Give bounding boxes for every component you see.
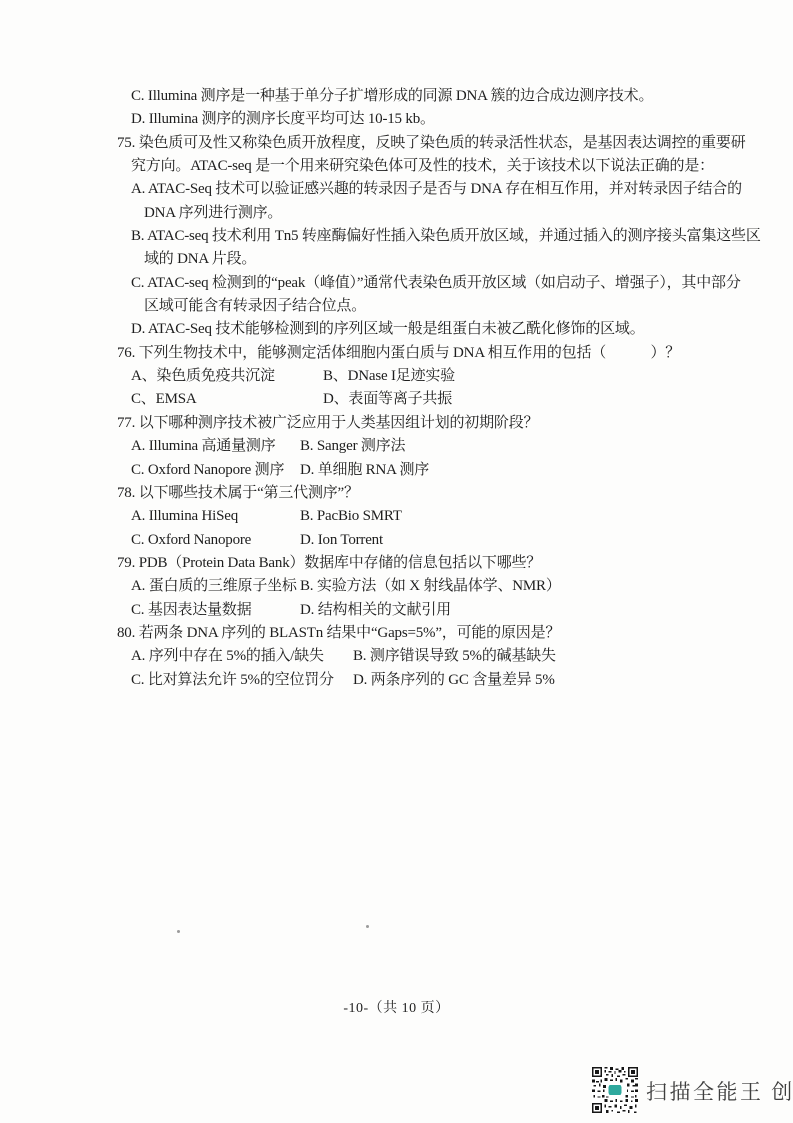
scanner-credit-text: 扫描全能王 创建 — [646, 1076, 793, 1106]
question-79-option-a: A. 蛋白质的三维原子坐标 — [131, 575, 300, 598]
question-76-stem: 76. 下列生物技术中，能够测定活体细胞内蛋白质与 DNA 相互作用的包括（ ）… — [117, 342, 723, 365]
question-79-stem: 79. PDB（Protein Data Bank）数据库中存储的信息包括以下哪… — [117, 552, 723, 575]
question-77-option-d: D. 单细胞 RNA 测序 — [300, 459, 429, 482]
question-77-options-row-2: C. Oxford Nanopore 测序 D. 单细胞 RNA 测序 — [117, 459, 723, 482]
question-78-option-b: B. PacBio SMRT — [300, 505, 402, 528]
question-80-option-b: B. 测序错误导致 5%的碱基缺失 — [353, 645, 556, 668]
question-75-stem-line-2: 究方向。ATAC-seq 是一个用来研究染色体可及性的技术，关于该技术以下说法正… — [117, 155, 723, 178]
prev-question-option-d: D. Illumina 测序的测序长度平均可达 10-15 kb。 — [117, 108, 723, 131]
question-77-stem: 77. 以下哪种测序技术被广泛应用于人类基因组计划的初期阶段？ — [117, 412, 723, 435]
page-number-footer: -10-（共 10 页） — [0, 997, 793, 1017]
question-76-options-row-1: A、染色质免疫共沉淀 B、DNase I足迹实验 — [117, 365, 723, 388]
question-80-options-row-2: C. 比对算法允许 5%的空位罚分 D. 两条序列的 GC 含量差异 5% — [117, 669, 723, 692]
question-80-options-row-1: A. 序列中存在 5%的插入/缺失 B. 测序错误导致 5%的碱基缺失 — [117, 645, 723, 668]
question-76-option-c: C、EMSA — [131, 388, 323, 411]
question-79-option-c: C. 基因表达量数据 — [131, 599, 300, 622]
scanned-exam-page: C. Illumina 测序是一种基于单分子扩增形成的同源 DNA 簇的边合成边… — [0, 0, 793, 1123]
question-75-option-a-line-1: A. ATAC-Seq 技术可以验证感兴趣的转录因子是否与 DNA 存在相互作用… — [117, 178, 723, 201]
question-75-option-b-line-1: B. ATAC-seq 技术利用 Tn5 转座酶偏好性插入染色质开放区域，并通过… — [117, 225, 723, 248]
scan-artifact-dot — [366, 925, 369, 928]
question-77-option-b: B. Sanger 测序法 — [300, 435, 405, 458]
question-76-option-d: D、表面等离子共振 — [323, 388, 452, 411]
question-80-stem: 80. 若两条 DNA 序列的 BLASTn 结果中“Gaps=5%”，可能的原… — [117, 622, 723, 645]
question-77-option-c: C. Oxford Nanopore 测序 — [131, 459, 300, 482]
question-79-options-row-2: C. 基因表达量数据 D. 结构相关的文献引用 — [117, 599, 723, 622]
question-75-option-d: D. ATAC-Seq 技术能够检测到的序列区域一般是组蛋白未被乙酰化修饰的区域… — [117, 318, 723, 341]
question-75-option-a-line-2: DNA 序列进行测序。 — [117, 202, 723, 225]
question-77-options-row-1: A. Illumina 高通量测序 B. Sanger 测序法 — [117, 435, 723, 458]
question-76-options-row-2: C、EMSA D、表面等离子共振 — [117, 388, 723, 411]
question-78-option-d: D. Ion Torrent — [300, 529, 383, 552]
question-80-option-a: A. 序列中存在 5%的插入/缺失 — [131, 645, 353, 668]
question-80-option-d: D. 两条序列的 GC 含量差异 5% — [353, 669, 555, 692]
qr-code-icon — [592, 1067, 638, 1113]
question-79-option-b: B. 实验方法（如 X 射线晶体学、NMR） — [300, 575, 561, 598]
question-75-option-c-line-2: 区域可能含有转录因子结合位点。 — [117, 295, 723, 318]
prev-question-option-c: C. Illumina 测序是一种基于单分子扩增形成的同源 DNA 簇的边合成边… — [117, 85, 723, 108]
question-78-options-row-2: C. Oxford Nanopore D. Ion Torrent — [117, 529, 723, 552]
question-76-option-b: B、DNase I足迹实验 — [323, 365, 455, 388]
question-79-options-row-1: A. 蛋白质的三维原子坐标 B. 实验方法（如 X 射线晶体学、NMR） — [117, 575, 723, 598]
question-76-option-a: A、染色质免疫共沉淀 — [131, 365, 323, 388]
scan-artifact-dot — [177, 930, 180, 933]
question-78-option-c: C. Oxford Nanopore — [131, 529, 300, 552]
question-78-option-a: A. Illumina HiSeq — [131, 505, 300, 528]
qr-center-logo — [608, 1084, 622, 1095]
question-75-option-b-line-2: 域的 DNA 片段。 — [117, 248, 723, 271]
question-75-stem-line-1: 75. 染色质可及性又称染色质开放程度，反映了染色质的转录活性状态，是基因表达调… — [117, 132, 723, 155]
exam-text-block: C. Illumina 测序是一种基于单分子扩增形成的同源 DNA 簇的边合成边… — [117, 85, 723, 692]
question-79-option-d: D. 结构相关的文献引用 — [300, 599, 451, 622]
question-75-option-c-line-1: C. ATAC-seq 检测到的“peak（峰值）”通常代表染色质开放区域（如启… — [117, 272, 723, 295]
question-78-stem: 78. 以下哪些技术属于“第三代测序”？ — [117, 482, 723, 505]
question-77-option-a: A. Illumina 高通量测序 — [131, 435, 300, 458]
question-78-options-row-1: A. Illumina HiSeq B. PacBio SMRT — [117, 505, 723, 528]
question-80-option-c: C. 比对算法允许 5%的空位罚分 — [131, 669, 353, 692]
